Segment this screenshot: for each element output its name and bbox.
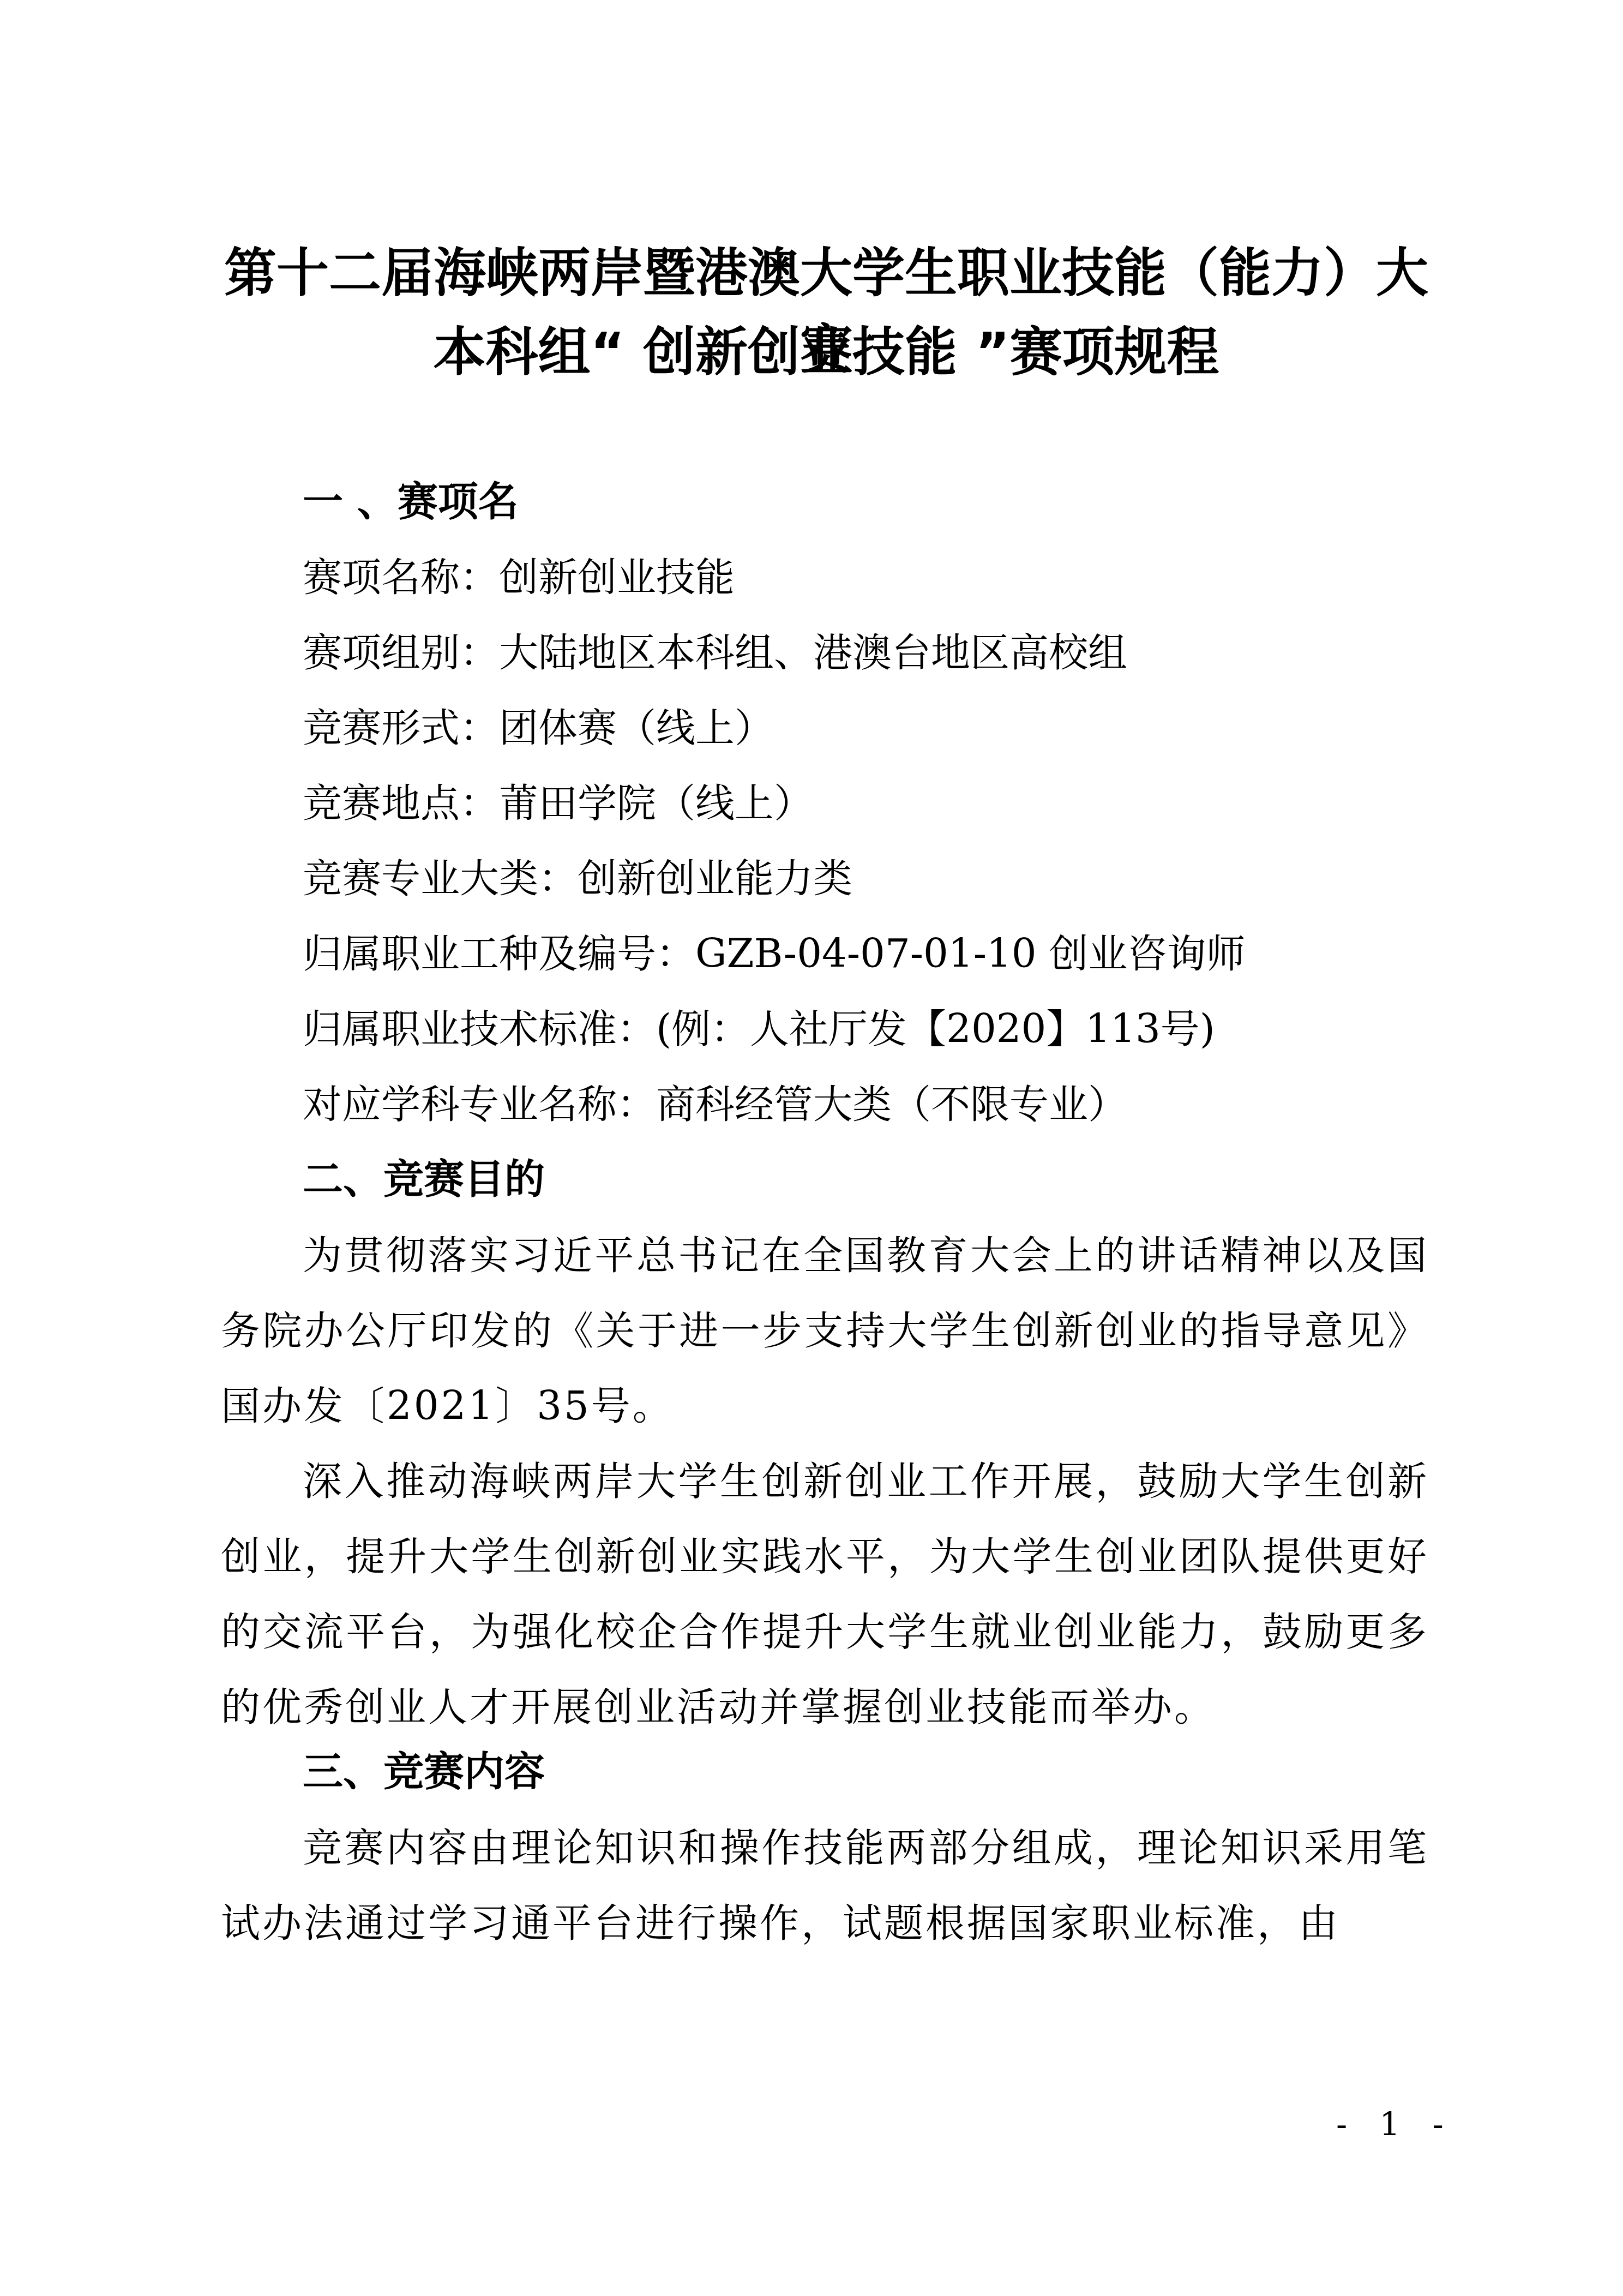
section-heading-1: 一 、赛项名: [303, 475, 519, 529]
field-occupation-code: 归属职业工种及编号：GZB-04-07-01-10 创业咨询师: [303, 926, 1245, 981]
field-label: 对应学科专业名称：: [303, 1081, 656, 1127]
field-competition-venue: 竞赛地点：莆田学院（线上）: [303, 776, 813, 830]
field-label: 归属职业工种及编号：: [303, 931, 695, 976]
field-major-category: 竞赛专业大类：创新创业能力类: [303, 851, 852, 906]
field-discipline: 对应学科专业名称：商科经管大类（不限专业）: [303, 1077, 1127, 1131]
field-value: 团体赛（线上）: [499, 705, 774, 751]
field-label: 归属职业技术标准：: [303, 1006, 656, 1052]
paragraph-purpose-2: 深入推动海峡两岸大学生创新创业工作开展，鼓励大学生创新创业，提升大学生创新创业实…: [221, 1443, 1429, 1745]
field-event-name: 赛项名称：创新创业技能: [303, 550, 735, 604]
field-value: GZB-04-07-01-10 创业咨询师: [695, 931, 1245, 976]
field-label: 竞赛形式：: [303, 705, 499, 751]
document-title-line2: 本科组“ 创新创业技能 ”赛项规程: [218, 314, 1434, 390]
field-label: 赛项名称：: [303, 554, 499, 600]
field-occupation-standard: 归属职业技术标准：(例：人社厅发【2020】113号): [303, 1002, 1215, 1056]
paragraph-purpose-1: 为贯彻落实习近平总书记在全国教育大会上的讲话精神以及国务院办公厅印发的《关于进一…: [221, 1218, 1429, 1443]
field-competition-format: 竞赛形式：团体赛（线上）: [303, 700, 774, 755]
document-page: 第十二届海峡两岸暨港澳大学生职业技能（能力）大赛 本科组“ 创新创业技能 ”赛项…: [0, 0, 1623, 2296]
field-label: 竞赛地点：: [303, 780, 499, 826]
field-value: 创新创业能力类: [578, 855, 852, 901]
field-label: 竞赛专业大类：: [303, 855, 578, 901]
section-heading-2: 二、竞赛目的: [303, 1152, 545, 1207]
paragraph-content-1: 竞赛内容由理论知识和操作技能两部分组成，理论知识采用笔试办法通过学习通平台进行操…: [221, 1810, 1429, 1961]
field-value: 大陆地区本科组、港澳台地区高校组: [499, 630, 1127, 675]
field-value: 商科经管大类（不限专业）: [656, 1081, 1127, 1127]
field-value: (例：人社厅发【2020】113号): [656, 1006, 1215, 1052]
section-heading-3: 三、竞赛内容: [303, 1745, 545, 1799]
field-label: 赛项组别：: [303, 630, 499, 675]
page-number: - 1 -: [1336, 2103, 1454, 2147]
field-value: 创新创业技能: [499, 554, 735, 600]
field-event-group: 赛项组别：大陆地区本科组、港澳台地区高校组: [303, 625, 1127, 680]
field-value: 莆田学院（线上）: [499, 780, 813, 826]
